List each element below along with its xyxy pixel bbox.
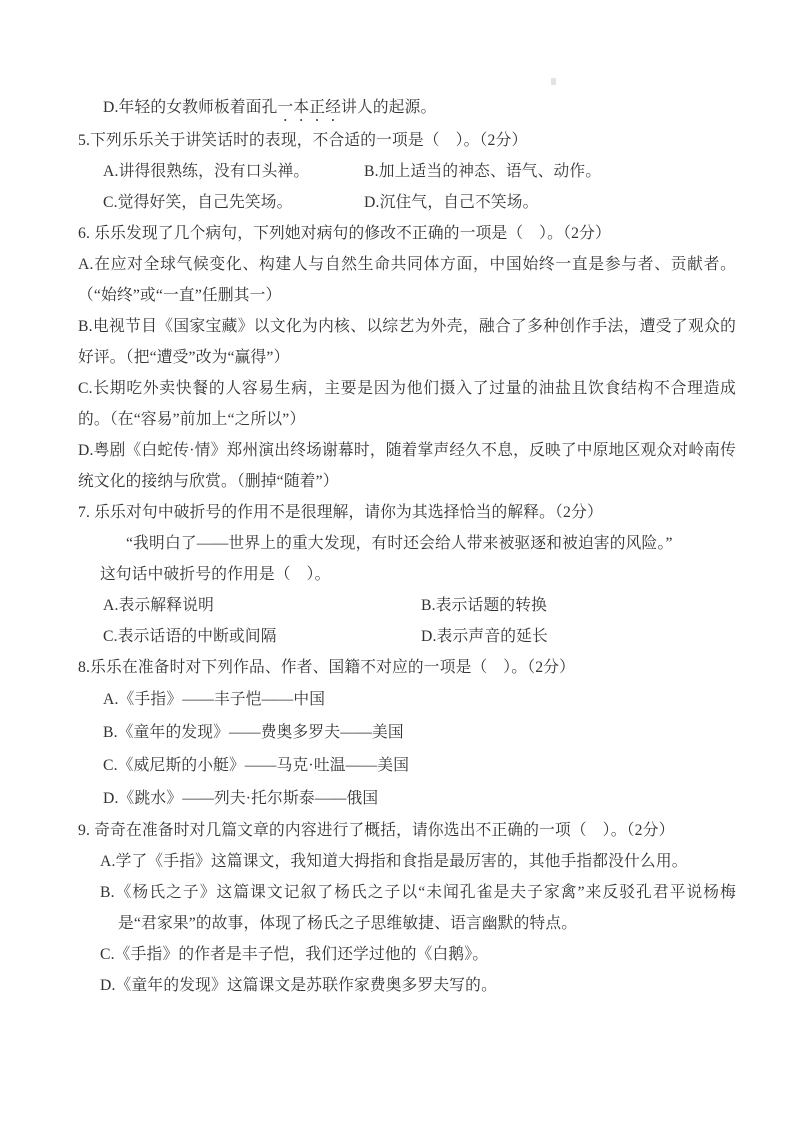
q4d-emphasized-text: 一本正经 xyxy=(278,99,342,116)
question-5-option-c: C.觉得好笑，自己先笑场。 xyxy=(103,187,364,218)
q4d-text-pre: D.年轻的女教师板着面孔 xyxy=(103,99,278,116)
question-5-options-row-1: A.讲得很熟练，没有口头禅。 B.加上适当的神态、语气、动作。 xyxy=(78,156,736,187)
question-9-option-d: D.《童年的发现》这篇课文是苏联作家费奥多罗夫写的。 xyxy=(78,970,736,1001)
question-6-option-c: C.长期吃外卖快餐的人容易生病，主要是因为他们摄入了过量的油盐且饮食结构不合理造… xyxy=(78,373,736,435)
question-9-option-a: A.学了《手指》这篇课文，我知道大拇指和食指是最厉害的，其他手指都没什么用。 xyxy=(78,846,736,877)
question-8-option-c: C.《威尼斯的小艇》——马克·吐温——美国 xyxy=(78,749,736,782)
question-7-option-c: C.表示话语的中断或间隔 xyxy=(103,621,421,652)
question-5-option-a: A.讲得很熟练，没有口头禅。 xyxy=(103,156,364,187)
question-8-stem: 8.乐乐在准备时对下列作品、作者、国籍不对应的一项是（ ）。（2分） xyxy=(78,652,736,683)
question-6-stem: 6. 乐乐发现了几个病句，下列她对病句的修改不正确的一项是（ ）。（2分） xyxy=(78,218,736,249)
question-5-options-row-2: C.觉得好笑，自己先笑场。 D.沉住气，自己不笑场。 xyxy=(78,187,736,218)
question-9-option-b: B.《杨氏之子》这篇课文记叙了杨氏之子以“未闻孔雀是夫子家禽”来反驳孔君平说杨梅… xyxy=(78,877,736,939)
question-6-option-d: D.粤剧《白蛇传·情》郑州演出终场谢幕时，随着掌声经久不息，反映了中原地区观众对… xyxy=(78,435,736,497)
question-7-follow-up: 这句话中破折号的作用是（ ）。 xyxy=(78,559,736,590)
question-6-option-a: A.在应对全球气候变化、构建人与自然生命共同体方面，中国始终一直是参与者、贡献者… xyxy=(78,249,736,311)
question-7-options-row-1: A.表示解释说明 B.表示话题的转换 xyxy=(78,590,736,621)
question-4-option-d: D.年轻的女教师板着面孔一本正经讲人的起源。 xyxy=(78,92,736,125)
question-8-option-a: A.《手指》——丰子恺——中国 xyxy=(78,683,736,716)
question-5-option-d: D.沉住气，自己不笑场。 xyxy=(364,187,539,218)
q4d-text-post: 讲人的起源。 xyxy=(341,99,436,116)
question-7-stem: 7. 乐乐对句中破折号的作用不是很理解，请你为其选择恰当的解释。（2分） xyxy=(78,497,736,528)
question-6-option-b: B.电视节目《国家宝藏》以文化为内核、以综艺为外壳，融合了多种创作手法，遭受了观… xyxy=(78,311,736,373)
question-9-option-c: C.《手指》的作者是丰子恺，我们还学过他的《白鹅》。 xyxy=(78,939,736,970)
exam-content: D.年轻的女教师板着面孔一本正经讲人的起源。 5.下列乐乐关于讲笑话时的表现，不… xyxy=(78,92,736,1001)
scan-artifact xyxy=(551,78,556,85)
question-5-option-b: B.加上适当的神态、语气、动作。 xyxy=(364,156,601,187)
question-7-option-a: A.表示解释说明 xyxy=(103,590,421,621)
exam-paper-page: D.年轻的女教师板着面孔一本正经讲人的起源。 5.下列乐乐关于讲笑话时的表现，不… xyxy=(0,0,793,1122)
question-9-stem: 9. 奇奇在准备时对几篇文章的内容进行了概括，请你选出不正确的一项（ ）。（2分… xyxy=(78,815,736,846)
question-8-option-d: D.《跳水》——列夫·托尔斯泰——俄国 xyxy=(78,782,736,815)
question-7-quote: “我明白了——世界上的重大发现，有时还会给人带来被驱逐和被迫害的风险。” xyxy=(78,528,736,559)
question-8-option-b: B.《童年的发现》——费奥多罗夫——美国 xyxy=(78,716,736,749)
question-7-options-row-2: C.表示话语的中断或间隔 D.表示声音的延长 xyxy=(78,621,736,652)
question-7-option-d: D.表示声音的延长 xyxy=(421,621,548,652)
question-7-option-b: B.表示话题的转换 xyxy=(421,590,547,621)
question-5-stem: 5.下列乐乐关于讲笑话时的表现，不合适的一项是（ ）。（2分） xyxy=(78,125,736,156)
